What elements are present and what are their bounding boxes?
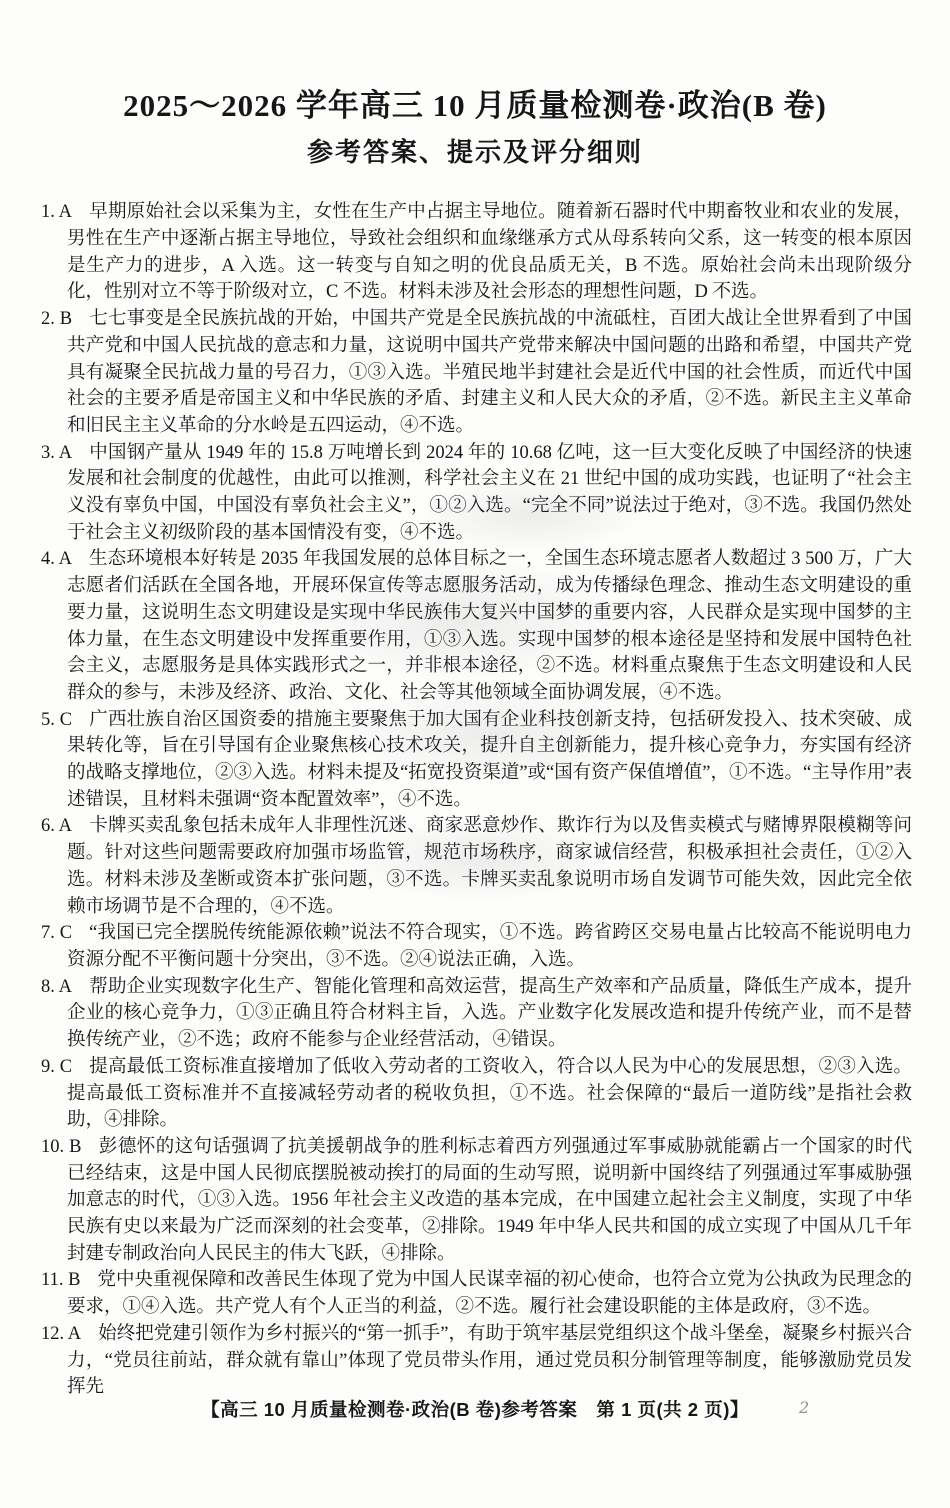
answer-number: 9. C — [41, 1057, 72, 1077]
exam-title: 2025～2026 学年高三 10 月质量检测卷·政治(B 卷) — [0, 0, 950, 126]
answer-explanation: “我国已完全摆脱传统能源依赖”说法不符合现实，①不选。跨省跨区交易电量占比较高不… — [67, 923, 912, 970]
answer-item-11: 11. B党中央重视保障和改善民生体现了党为中国人民谋幸福的初心使命，也符合立党… — [41, 1267, 912, 1320]
answer-item-1: 1. A早期原始社会以采集为主，女性在生产中占据主导地位。随着新石器时代中期畜牧… — [41, 199, 912, 306]
answer-explanation: 彭德怀的这句话强调了抗美援朝战争的胜利标志着西方列强通过军事威胁就能霸占一个国家… — [67, 1137, 912, 1264]
answer-number: 3. A — [41, 443, 72, 463]
answer-number: 4. A — [41, 549, 72, 569]
answer-explanation: 始终把党建引领作为乡村振兴的“第一抓手”，有助于筑牢基层党组织这个战斗堡垒，凝聚… — [67, 1324, 912, 1397]
answer-number: 8. A — [41, 977, 72, 997]
answer-item-9: 9. C提高最低工资标准直接增加了低收入劳动者的工资收入，符合以人民为中心的发展… — [41, 1054, 912, 1134]
answer-item-10: 10. B彭德怀的这句话强调了抗美援朝战争的胜利标志着西方列强通过军事威胁就能霸… — [41, 1134, 912, 1268]
answer-item-6: 6. A卡牌买卖乱象包括未成年人非理性沉迷、商家恶意炒作、欺诈行为以及售卖模式与… — [41, 813, 912, 920]
answer-explanation: 七七事变是全民族抗战的开始，中国共产党是全民族抗战的中流砥柱，百团大战让全世界看… — [67, 309, 912, 436]
answer-item-8: 8. A帮助企业实现数字化生产、智能化管理和高效运营，提高生产效率和产品质量，降… — [41, 974, 912, 1054]
answer-explanation: 生态环境根本好转是 2035 年我国发展的总体目标之一，全国生态环境志愿者人数超… — [67, 549, 912, 703]
handwritten-page-mark: 2 — [799, 1398, 809, 1417]
answer-key-subtitle: 参考答案、提示及评分细则 — [0, 132, 950, 169]
answer-item-3: 3. A中国钢产量从 1949 年的 15.8 万吨增长到 2024 年的 10… — [41, 440, 912, 547]
answer-item-12: 12. A始终把党建引领作为乡村振兴的“第一抓手”，有助于筑牢基层党组织这个战斗… — [41, 1321, 912, 1401]
answer-explanation: 中国钢产量从 1949 年的 15.8 万吨增长到 2024 年的 10.68 … — [67, 443, 912, 543]
answer-number: 5. C — [41, 710, 72, 730]
answer-item-7: 7. C“我国已完全摆脱传统能源依赖”说法不符合现实，①不选。跨省跨区交易电量占… — [41, 920, 912, 973]
answer-explanation: 帮助企业实现数字化生产、智能化管理和高效运营，提高生产效率和产品质量，降低生产成… — [67, 977, 912, 1050]
answer-explanation: 党中央重视保障和改善民生体现了党为中国人民谋幸福的初心使命，也符合立党为公执政为… — [67, 1270, 912, 1317]
answer-item-4: 4. A生态环境根本好转是 2035 年我国发展的总体目标之一，全国生态环境志愿… — [41, 546, 912, 706]
answer-number: 12. A — [41, 1324, 81, 1344]
answer-explanation: 提高最低工资标准直接增加了低收入劳动者的工资收入，符合以人民为中心的发展思想，②… — [67, 1057, 912, 1130]
answer-explanation: 广西壮族自治区国资委的措施主要聚焦于加大国有企业科技创新支持，包括研发投入、技术… — [67, 710, 912, 810]
answer-explanation: 早期原始社会以采集为主，女性在生产中占据主导地位。随着新石器时代中期畜牧业和农业… — [67, 202, 912, 302]
answer-number: 2. B — [41, 309, 72, 329]
answer-key-page: 2025～2026 学年高三 10 月质量检测卷·政治(B 卷) 参考答案、提示… — [0, 0, 950, 1508]
answer-item-2: 2. B七七事变是全民族抗战的开始，中国共产党是全民族抗战的中流砥柱，百团大战让… — [41, 306, 912, 440]
answer-explanation: 卡牌买卖乱象包括未成年人非理性沉迷、商家恶意炒作、欺诈行为以及售卖模式与赌博界限… — [67, 816, 912, 916]
answer-list: 1. A早期原始社会以采集为主，女性在生产中占据主导地位。随着新石器时代中期畜牧… — [41, 199, 912, 1401]
answer-number: 1. A — [41, 202, 72, 222]
answer-number: 11. B — [41, 1270, 80, 1290]
answer-number: 10. B — [41, 1137, 82, 1157]
answer-number: 6. A — [41, 816, 72, 836]
answer-item-5: 5. C广西壮族自治区国资委的措施主要聚焦于加大国有企业科技创新支持，包括研发投… — [41, 707, 912, 814]
answer-number: 7. C — [41, 923, 72, 943]
